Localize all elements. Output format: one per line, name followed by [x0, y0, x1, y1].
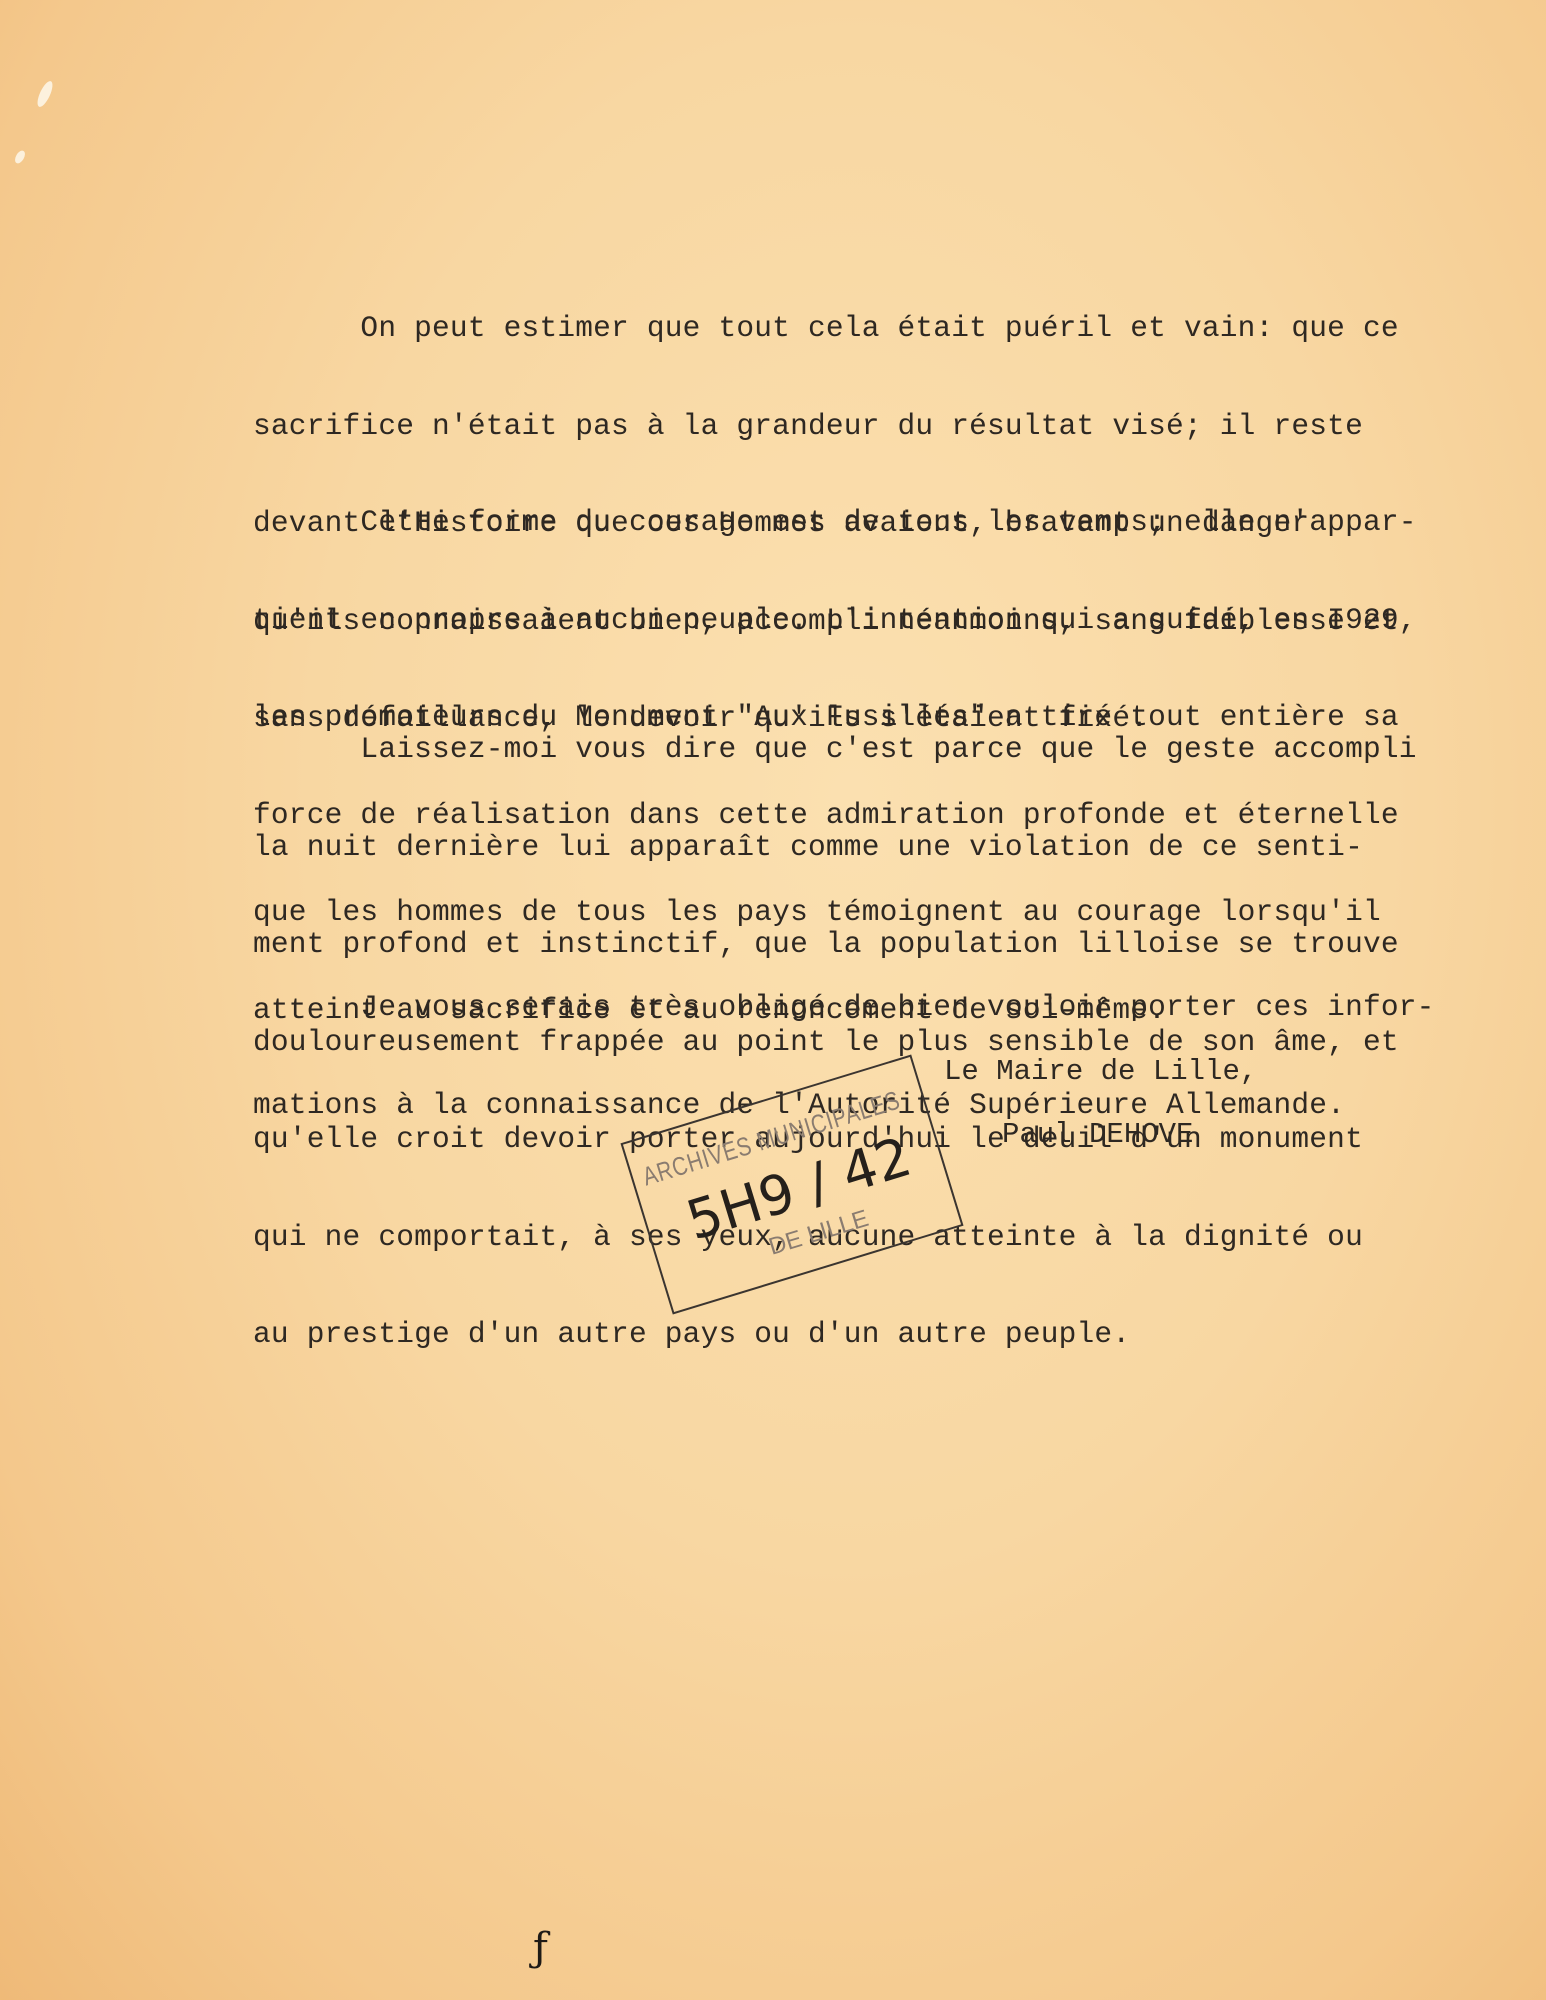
signature-title: Le Maire de Lille,	[944, 1055, 1257, 1088]
text-line: tient en propre à aucun peuple. L'intent…	[253, 604, 1513, 637]
text-line: On peut estimer que tout cela était puér…	[253, 312, 1513, 345]
text-line: Cette forme du courage est de tous les t…	[253, 506, 1513, 539]
text-line: Laissez-moi vous dire que c'est parce qu…	[253, 733, 1513, 766]
paper-defect	[35, 79, 56, 109]
paper-defect	[13, 149, 27, 165]
letter-page: On peut estimer que tout cela était puér…	[0, 0, 1546, 2000]
ink-mark: ƒ	[533, 1925, 548, 1971]
text-line: Je vous serais très obligé de bien voulo…	[253, 991, 1513, 1024]
text-line: la nuit dernière lui apparaît comme une …	[253, 831, 1513, 864]
text-line: au prestige d'un autre pays ou d'un autr…	[253, 1318, 1513, 1351]
text-line: sacrifice n'était pas à la grandeur du r…	[253, 410, 1513, 443]
signature-name: Paul DEHOVE	[1002, 1118, 1193, 1151]
